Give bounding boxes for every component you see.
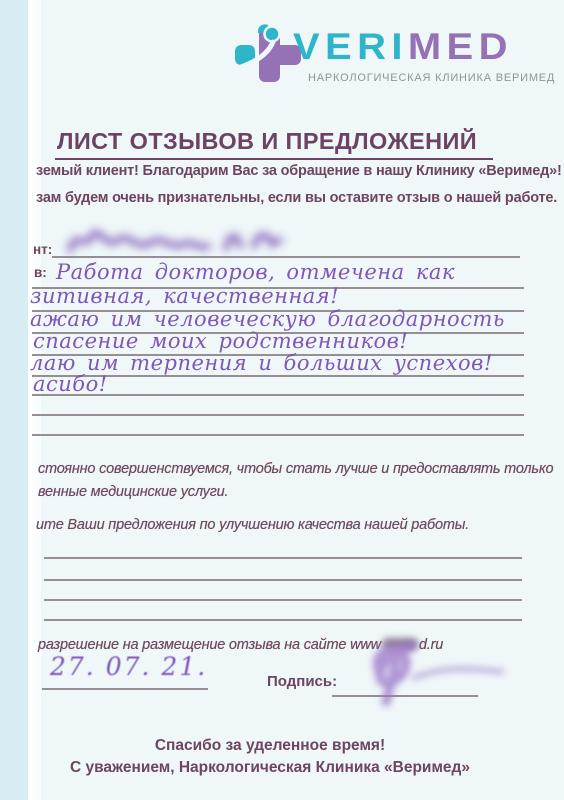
brand-name-med: MED — [408, 26, 513, 67]
review-line — [32, 394, 524, 396]
handwritten-review-line: Работа докторов, отмечена как — [56, 260, 455, 284]
brand-name-veri: VERI — [293, 26, 408, 67]
handwritten-review-line: ажаю им человеческую благодарность — [30, 307, 505, 331]
quality-note-line-1: стоянно совершенствуемся, чтобы стать лу… — [38, 461, 553, 477]
blurred-client-name — [58, 220, 303, 260]
medical-cross-icon — [235, 24, 301, 86]
form-title-text: ЛИСТ ОТЗЫВОВ И ПРЕДЛОЖЕНИЙ — [55, 128, 493, 160]
review-label: в: — [34, 265, 47, 280]
footer-regards: С уважением, Наркологическая Клиника «Ве… — [30, 759, 510, 777]
intro-line-1: земый клиент! Благодарим Вас за обращени… — [36, 163, 562, 179]
suggestions-prompt: ите Ваши предложения по улучшению качест… — [36, 517, 469, 533]
suggestion-line — [44, 579, 522, 581]
form-title: ЛИСТ ОТЗЫВОВ И ПРЕДЛОЖЕНИЙ — [36, 128, 512, 160]
quality-note-line-2: венные медицинские услуги. — [38, 484, 228, 500]
suggestion-line — [44, 619, 522, 621]
scanner-background — [0, 0, 28, 800]
logo-subtitle: НАРКОЛОГИЧЕСКАЯ КЛИНИКА ВЕРИМЕД — [308, 72, 555, 84]
blurred-signature — [302, 634, 514, 708]
handwritten-review-line: зитивная, качественная! — [30, 284, 339, 308]
handwritten-review-line: асибо! — [33, 372, 108, 396]
review-line — [32, 414, 524, 416]
date-line — [42, 688, 208, 690]
client-line — [52, 256, 520, 258]
review-line — [32, 434, 524, 436]
handwritten-review-line: спасение моих родственников! — [33, 329, 408, 353]
handwritten-date: 27. 07. 21. — [50, 652, 207, 681]
page-edge — [28, 0, 41, 800]
suggestion-line — [44, 599, 522, 601]
scanned-document: VERIMED НАРКОЛОГИЧЕСКАЯ КЛИНИКА ВЕРИМЕД … — [0, 0, 564, 800]
brand-wordmark: VERIMED — [293, 26, 513, 68]
client-label: нт: — [33, 242, 52, 257]
intro-line-2: зам будем очень признательны, если вы ос… — [36, 190, 557, 206]
footer-thanks: Спасибо за уделенное время! — [30, 737, 510, 755]
suggestion-line — [44, 557, 522, 559]
